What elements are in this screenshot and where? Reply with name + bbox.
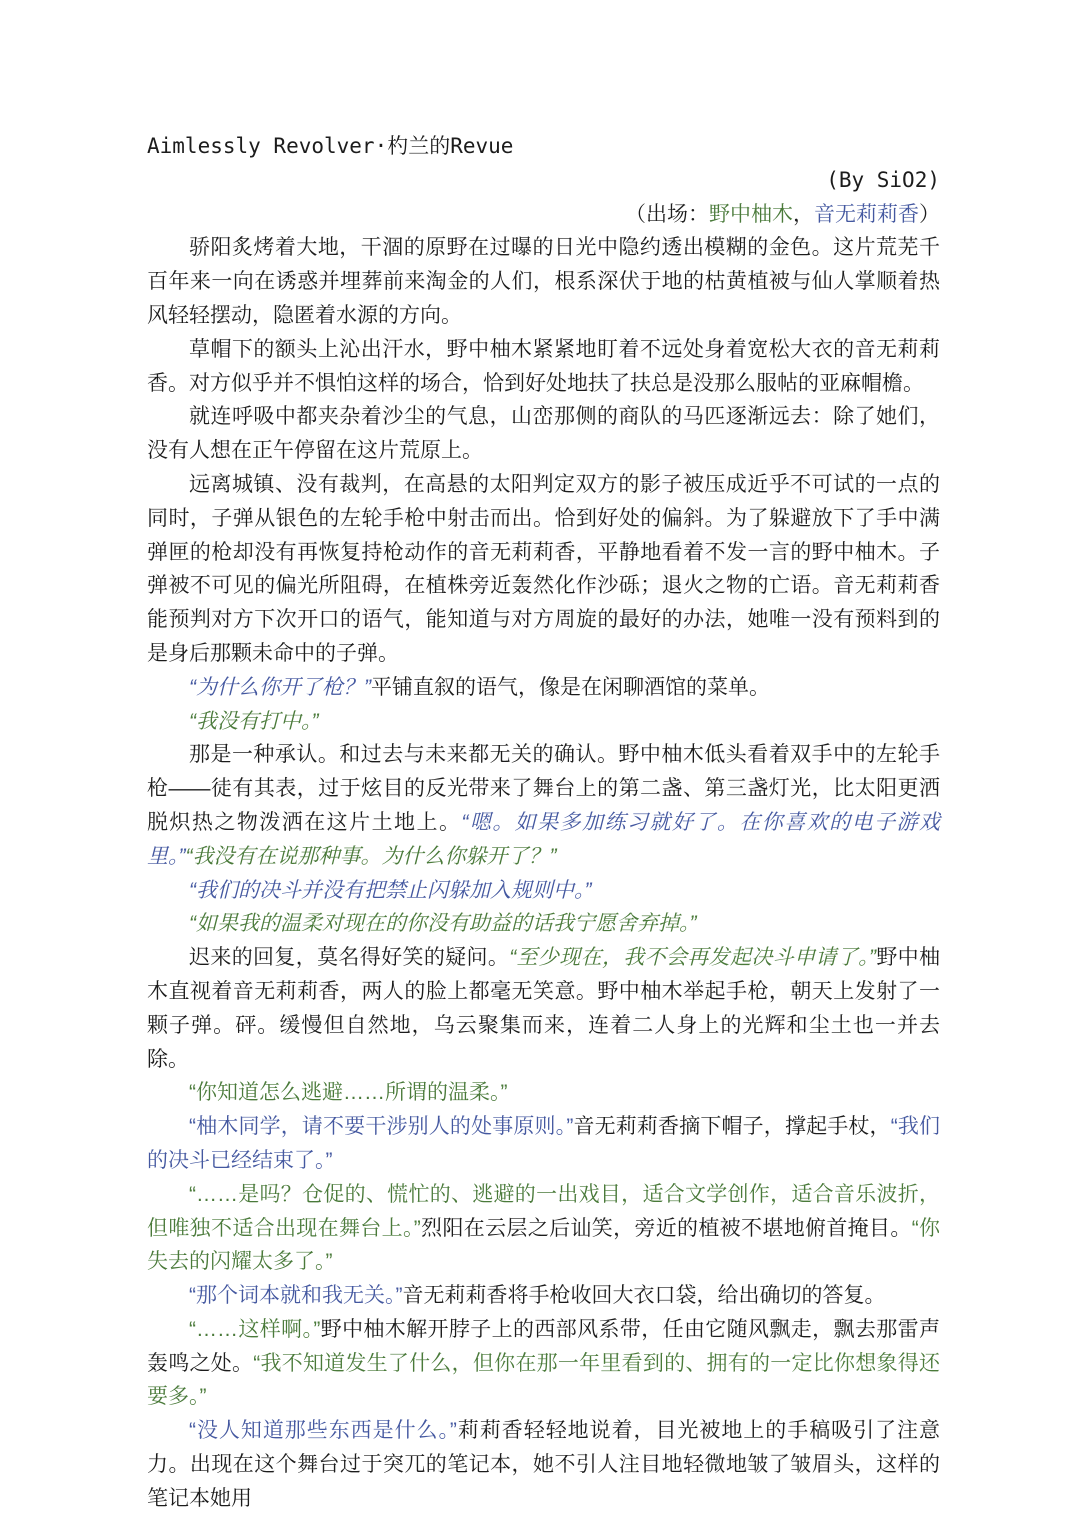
paragraph: 骄阳炙烤着大地，干涸的原野在过曝的日光中隐约透出模糊的金色。这片荒芜千百年来一向… xyxy=(147,231,940,332)
paragraph: 迟来的回复，莫名得好笑的疑问。“至少现在，我不会再发起决斗申请了。”野中柚木直视… xyxy=(147,941,940,1076)
paragraph: “为什么你开了枪？”平铺直叙的语气，像是在闲聊酒馆的菜单。 xyxy=(147,671,940,705)
paragraph: “……这样啊。”野中柚木解开脖子上的西部风系带，任由它随风飘走，飘去那雷声轰鸣之… xyxy=(147,1313,940,1414)
narration-text: 音无莉莉香摘下帽子，撑起手杖， xyxy=(573,1115,890,1138)
document-body: 骄阳炙烤着大地，干涸的原野在过曝的日光中隐约透出模糊的金色。这片荒芜千百年来一向… xyxy=(147,231,940,1515)
paragraph: “我们的决斗并没有把禁止闪躲加入规则中。” xyxy=(147,874,940,908)
document-title: Aimlessly Revolver·杓兰的Revue xyxy=(147,130,940,164)
paragraph: 那是一种承认。和过去与未来都无关的确认。野中柚木低头看着双手中的左轮手枪——徒有… xyxy=(147,738,940,873)
dialogue-quote-blue: “没人知道那些东西是什么。” xyxy=(189,1419,457,1442)
dialogue-quote-green: “你知道怎么逃避……所谓的温柔。” xyxy=(189,1081,508,1104)
dialogue-quote-blue-kai: “为什么你开了枪？” xyxy=(189,676,371,699)
dialogue-quote-green: “……这样啊。” xyxy=(189,1318,320,1341)
paragraph: 草帽下的额头上沁出汗水，野中柚木紧紧地盯着不远处身着宽松大衣的音无莉莉香。对方似… xyxy=(147,333,940,401)
narration-text: ） xyxy=(919,203,940,226)
narration-text: 平铺直叙的语气，像是在闲聊酒馆的菜单。 xyxy=(371,676,770,699)
narration-text: 远离城镇、没有裁判，在高悬的太阳判定双方的影子被压成近乎不可试的一点的同时，子弹… xyxy=(147,473,940,665)
narration-text: 烈阳在云层之后讪笑，旁近的植被不堪地俯首掩目。 xyxy=(421,1217,912,1240)
dialogue-quote-green-kai: “至少现在，我不会再发起决斗申请了。” xyxy=(509,946,876,969)
paragraph: “那个词本就和我无关。”音无莉莉香将手枪收回大衣口袋，给出确切的答复。 xyxy=(147,1279,940,1313)
paragraph: 远离城镇、没有裁判，在高悬的太阳判定双方的影子被压成近乎不可试的一点的同时，子弹… xyxy=(147,468,940,671)
paragraph: “……是吗？仓促的、慌忙的、逃避的一出戏目，适合文学创作，适合音乐波折，但唯独不… xyxy=(147,1178,940,1279)
narration-text: 迟来的回复，莫名得好笑的疑问。 xyxy=(189,946,509,969)
narration-text: （出场： xyxy=(625,203,709,226)
dialogue-quote-green-kai: “我没有在说那种事。为什么你躲开了？” xyxy=(186,845,557,868)
dialogue-quote-blue: “那个词本就和我无关。” xyxy=(189,1284,403,1307)
paragraph: “你知道怎么逃避……所谓的温柔。” xyxy=(147,1076,940,1110)
narration-text: 骄阳炙烤着大地，干涸的原野在过曝的日光中隐约透出模糊的金色。这片荒芜千百年来一向… xyxy=(147,236,940,327)
cast-list-line: （出场：野中柚木，音无莉莉香） xyxy=(147,198,940,232)
paragraph: 就连呼吸中都夹杂着沙尘的气息，山峦那侧的商队的马匹逐渐远去：除了她们，没有人想在… xyxy=(147,400,940,468)
document-page: Aimlessly Revolver·杓兰的Revue (By SiO2) （出… xyxy=(147,130,940,1516)
dialogue-quote-green-kai: “如果我的温柔对现在的你没有助益的话我宁愿舍弃掉。” xyxy=(189,912,696,935)
narration-text: 就连呼吸中都夹杂着沙尘的气息，山峦那侧的商队的马匹逐渐远去：除了她们，没有人想在… xyxy=(147,405,940,462)
dialogue-quote-blue: “柚木同学，请不要干涉别人的处事原则。” xyxy=(189,1115,573,1138)
dialogue-quote-green: 野中柚木 xyxy=(709,203,793,226)
paragraph: “没人知道那些东西是什么。”莉莉香轻轻地说着，目光被地上的手稿吸引了注意力。出现… xyxy=(147,1414,940,1515)
narration-text: 草帽下的额头上沁出汗水，野中柚木紧紧地盯着不远处身着宽松大衣的音无莉莉香。对方似… xyxy=(147,338,940,395)
paragraph: “如果我的温柔对现在的你没有助益的话我宁愿舍弃掉。” xyxy=(147,907,940,941)
narration-text: ， xyxy=(793,203,814,226)
dialogue-quote-blue-kai: “我们的决斗并没有把禁止闪躲加入规则中。” xyxy=(189,879,592,902)
paragraph: “我没有打中。” xyxy=(147,705,940,739)
dialogue-quote-green-kai: “我没有打中。” xyxy=(189,710,319,733)
narration-text: 音无莉莉香将手枪收回大衣口袋，给出确切的答复。 xyxy=(403,1284,886,1307)
paragraph: “柚木同学，请不要干涉别人的处事原则。”音无莉莉香摘下帽子，撑起手杖，“我们的决… xyxy=(147,1110,940,1178)
dialogue-quote-blue: 音无莉莉香 xyxy=(814,203,919,226)
author-byline: (By SiO2) xyxy=(147,164,940,198)
dialogue-quote-green: “我不知道发生了什么，但你在那一年里看到的、拥有的一定比你想象得还要多。” xyxy=(147,1352,940,1409)
